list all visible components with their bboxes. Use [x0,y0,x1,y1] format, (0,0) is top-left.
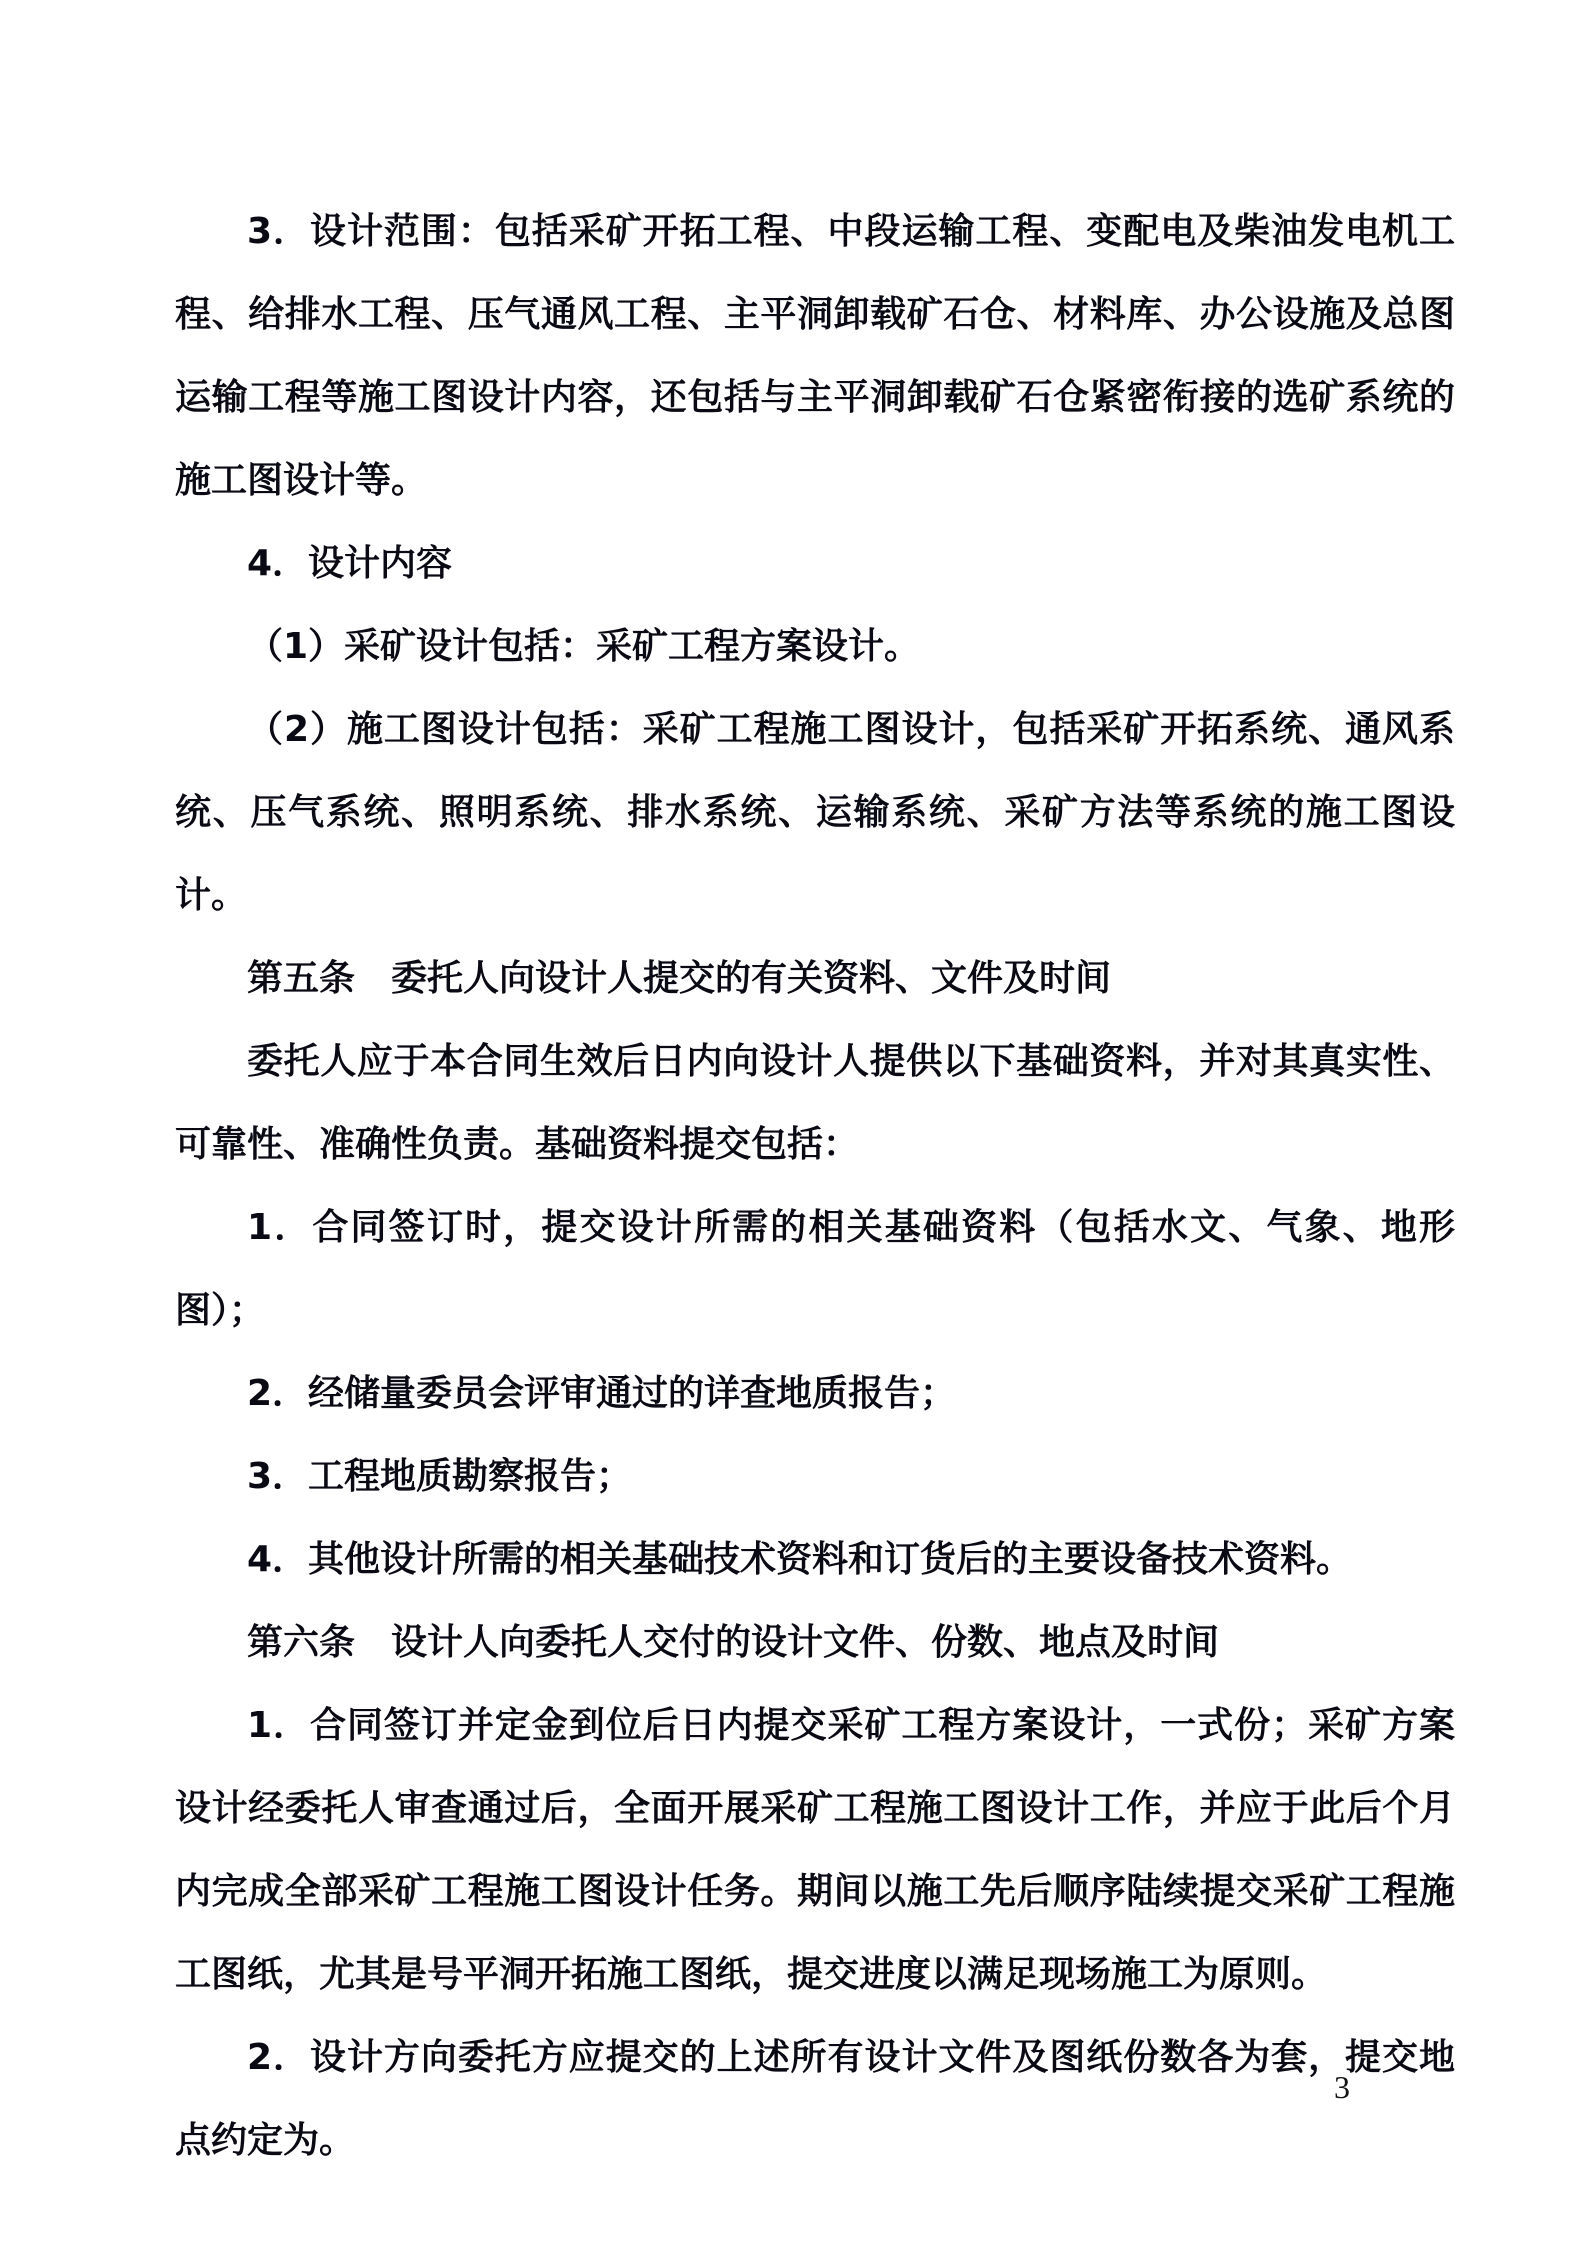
paragraph-materials-item-1: 1．合同签订时，提交设计所需的相关基础资料（包括水文、气象、地形图）； [175,1186,1455,1352]
page-footer: 3 [0,2068,1350,2106]
paragraph-design-scope: 3．设计范围：包括采矿开拓工程、中段运输工程、变配电及柴油发电机工程、给排水工程… [175,190,1455,522]
paragraph-mining-design: （1）采矿设计包括：采矿工程方案设计。 [175,605,1455,688]
page-number: 3 [1334,2069,1350,2105]
paragraph-construction-design: （2）施工图设计包括：采矿工程施工图设计，包括采矿开拓系统、通风系统、压气系统、… [175,688,1455,937]
paragraph-client-materials: 委托人应于本合同生效后日内向设计人提供以下基础资料，并对其真实性、可靠性、准确性… [175,1020,1455,1186]
paragraph-delivery-item-1: 1．合同签订并定金到位后日内提交采矿工程方案设计，一式份；采矿方案设计经委托人审… [175,1684,1455,2016]
clause-heading-article-5: 第五条 委托人向设计人提交的有关资料、文件及时间 [175,937,1455,1020]
document-body: 3．设计范围：包括采矿开拓工程、中段运输工程、变配电及柴油发电机工程、给排水工程… [175,190,1455,2182]
document-page: 3．设计范围：包括采矿开拓工程、中段运输工程、变配电及柴油发电机工程、给排水工程… [0,0,1586,2244]
paragraph-design-content: 4．设计内容 [175,522,1455,605]
paragraph-materials-item-2: 2．经储量委员会评审通过的详查地质报告； [175,1352,1455,1435]
paragraph-materials-item-3: 3．工程地质勘察报告； [175,1435,1455,1518]
paragraph-materials-item-4: 4．其他设计所需的相关基础技术资料和订货后的主要设备技术资料。 [175,1518,1455,1601]
clause-heading-article-6: 第六条 设计人向委托人交付的设计文件、份数、地点及时间 [175,1601,1455,1684]
